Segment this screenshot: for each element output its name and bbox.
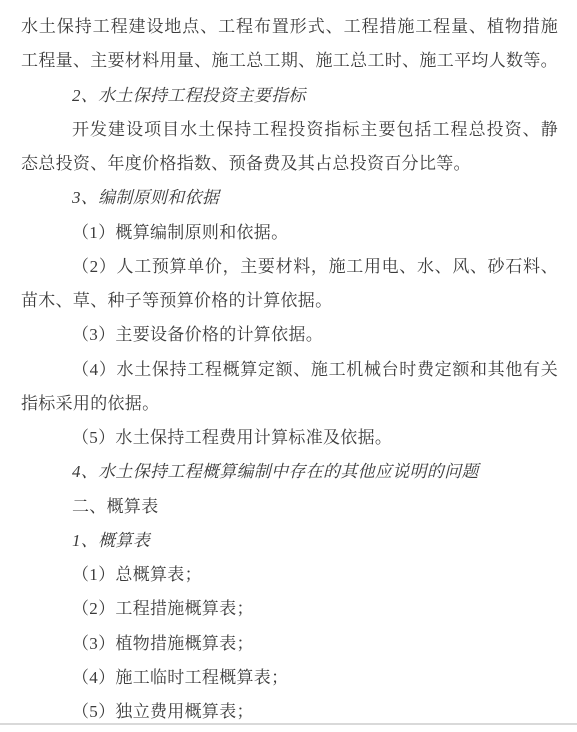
text-line: （1）总概算表； [21,558,558,592]
text-line: （3）主要设备价格的计算依据。 [21,318,558,352]
text-line: （4）水土保持工程概算定额、施工机械台时费定额和其他有关 [21,353,558,387]
text-line: （4）施工临时工程概算表； [21,661,558,695]
text-line: 2、水土保持工程投资主要指标 [21,79,558,113]
page-edge-divider [0,723,577,725]
text-line: （5）水土保持工程费用计算标准及依据。 [21,421,558,455]
document-body: 水土保持工程建设地点、工程布置形式、工程措施工程量、植物措施工程量、主要材料用量… [21,10,558,729]
text-line: （2）人工预算单价，主要材料，施工用电、水、风、砂石料、 [21,250,558,284]
text-line: （2）工程措施概算表； [21,592,558,626]
text-line: 指标采用的依据。 [21,387,558,421]
text-line: 4、水土保持工程概算编制中存在的其他应说明的问题 [21,455,558,489]
text-line: 工程量、主要材料用量、施工总工期、施工总工时、施工平均人数等。 [21,44,558,78]
text-line: 水土保持工程建设地点、工程布置形式、工程措施工程量、植物措施 [21,10,558,44]
text-line: 苗木、草、种子等预算价格的计算依据。 [21,284,558,318]
document-page: 水土保持工程建设地点、工程布置形式、工程措施工程量、植物措施工程量、主要材料用量… [0,0,577,732]
text-line: （1）概算编制原则和依据。 [21,216,558,250]
text-line: （3）植物措施概算表； [21,627,558,661]
text-line: 开发建设项目水土保持工程投资指标主要包括工程总投资、静 [21,113,558,147]
text-line: 二、概算表 [21,490,558,524]
text-line: 态总投资、年度价格指数、预备费及其占总投资百分比等。 [21,147,558,181]
text-line: 3、编制原则和依据 [21,181,558,215]
text-line: 1、概算表 [21,524,558,558]
